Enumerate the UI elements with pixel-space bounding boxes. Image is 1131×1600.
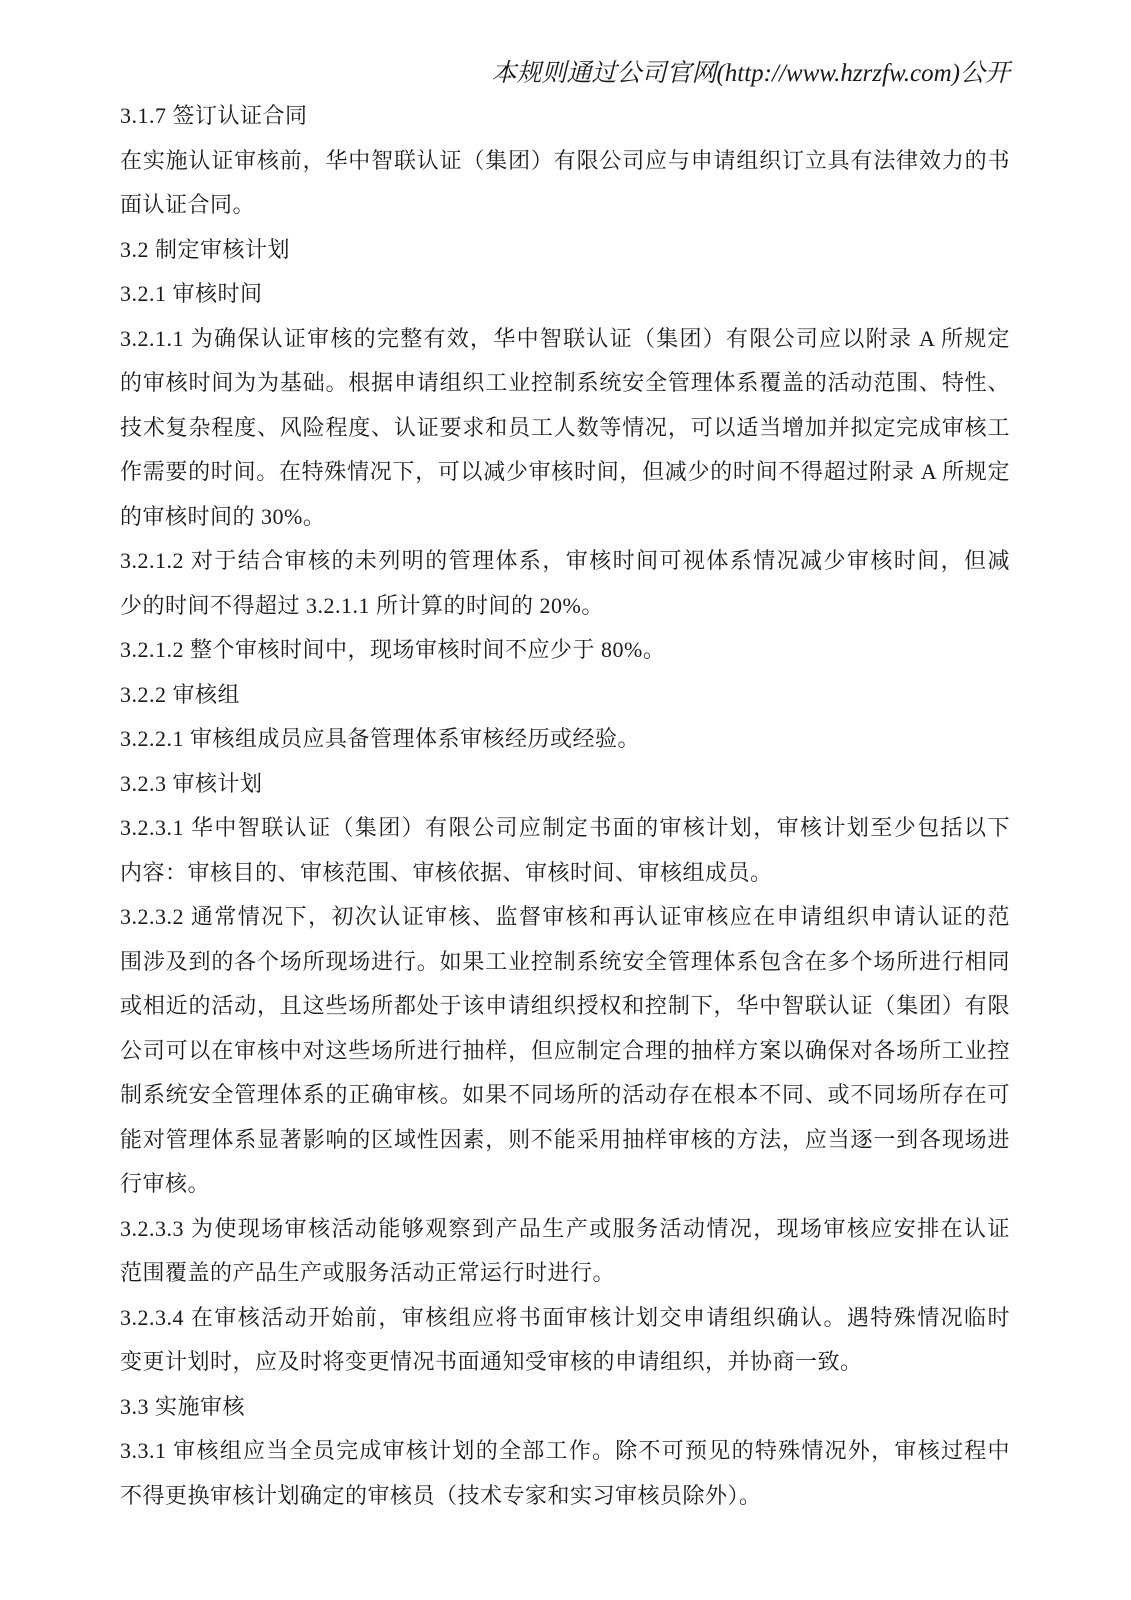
document-line: 3.2.1.2 整个审核时间中，现场审核时间不应少于 80%。 [120,628,1010,673]
document-line: 3.2.1.2 对于结合审核的未列明的管理体系，审核时间可视体系情况减少审核时间… [120,539,1010,584]
document-line: 技术复杂程度、风险程度、认证要求和员工人数等情况，可以适当增加并拟定完成审核工 [120,406,1010,451]
document-line: 的审核时间为为基础。根据申请组织工业控制系统安全管理体系覆盖的活动范围、特性、 [120,361,1010,406]
document-line: 围涉及到的各个场所现场进行。如果工业控制系统安全管理体系包含在多个场所进行相同 [120,940,1010,985]
document-line: 的审核时间的 30%。 [120,495,1010,540]
document-line: 3.2.3.3 为使现场审核活动能够观察到产品生产或服务活动情况，现场审核应安排… [120,1207,1010,1252]
document-page: 本规则通过公司官网(http://www.hzrzfw.com)公开 3.1.7… [0,0,1131,1600]
document-line: 变更计划时，应及时将变更情况书面通知受审核的申请组织，并协商一致。 [120,1340,1010,1385]
document-line: 3.2.3.4 在审核活动开始前，审核组应将书面审核计划交申请组织确认。遇特殊情… [120,1296,1010,1341]
document-line: 3.2.1.1 为确保认证审核的完整有效，华中智联认证（集团）有限公司应以附录 … [120,317,1010,362]
document-line: 行审核。 [120,1162,1010,1207]
document-line: 3.2 制定审核计划 [120,228,1010,273]
document-line: 作需要的时间。在特殊情况下，可以减少审核时间，但减少的时间不得超过附录 A 所规… [120,450,1010,495]
document-line: 3.2.2 审核组 [120,673,1010,718]
document-line: 3.3.1 审核组应当全员完成审核计划的全部工作。除不可预见的特殊情况外，审核过… [120,1429,1010,1474]
document-line: 能对管理体系显著影响的区域性因素，则不能采用抽样审核的方法，应当逐一到各现场进 [120,1118,1010,1163]
document-line: 3.2.2.1 审核组成员应具备管理体系审核经历或经验。 [120,717,1010,762]
document-line: 不得更换审核计划确定的审核员（技术专家和实习审核员除外）。 [120,1474,1010,1519]
document-line: 3.2.3.1 华中智联认证（集团）有限公司应制定书面的审核计划，审核计划至少包… [120,806,1010,851]
document-line: 面认证合同。 [120,183,1010,228]
document-line: 或相近的活动，且这些场所都处于该申请组织授权和控制下，华中智联认证（集团）有限 [120,984,1010,1029]
document-line: 少的时间不得超过 3.2.1.1 所计算的时间的 20%。 [120,584,1010,629]
page-header-note: 本规则通过公司官网(http://www.hzrzfw.com)公开 [120,56,1010,92]
document-line: 3.2.1 审核时间 [120,272,1010,317]
document-line: 内容：审核目的、审核范围、审核依据、审核时间、审核组成员。 [120,851,1010,896]
document-line: 制系统安全管理体系的正确审核。如果不同场所的活动存在根本不同、或不同场所存在可 [120,1073,1010,1118]
document-line: 3.2.3 审核计划 [120,762,1010,807]
document-body: 3.1.7 签订认证合同在实施认证审核前，华中智联认证（集团）有限公司应与申请组… [120,94,1010,1518]
document-line: 3.2.3.2 通常情况下，初次认证审核、监督审核和再认证审核应在申请组织申请认… [120,895,1010,940]
document-line: 范围覆盖的产品生产或服务活动正常运行时进行。 [120,1251,1010,1296]
document-line: 3.1.7 签订认证合同 [120,94,1010,139]
document-line: 在实施认证审核前，华中智联认证（集团）有限公司应与申请组织订立具有法律效力的书 [120,139,1010,184]
document-line: 公司可以在审核中对这些场所进行抽样，但应制定合理的抽样方案以确保对各场所工业控 [120,1029,1010,1074]
document-line: 3.3 实施审核 [120,1385,1010,1430]
